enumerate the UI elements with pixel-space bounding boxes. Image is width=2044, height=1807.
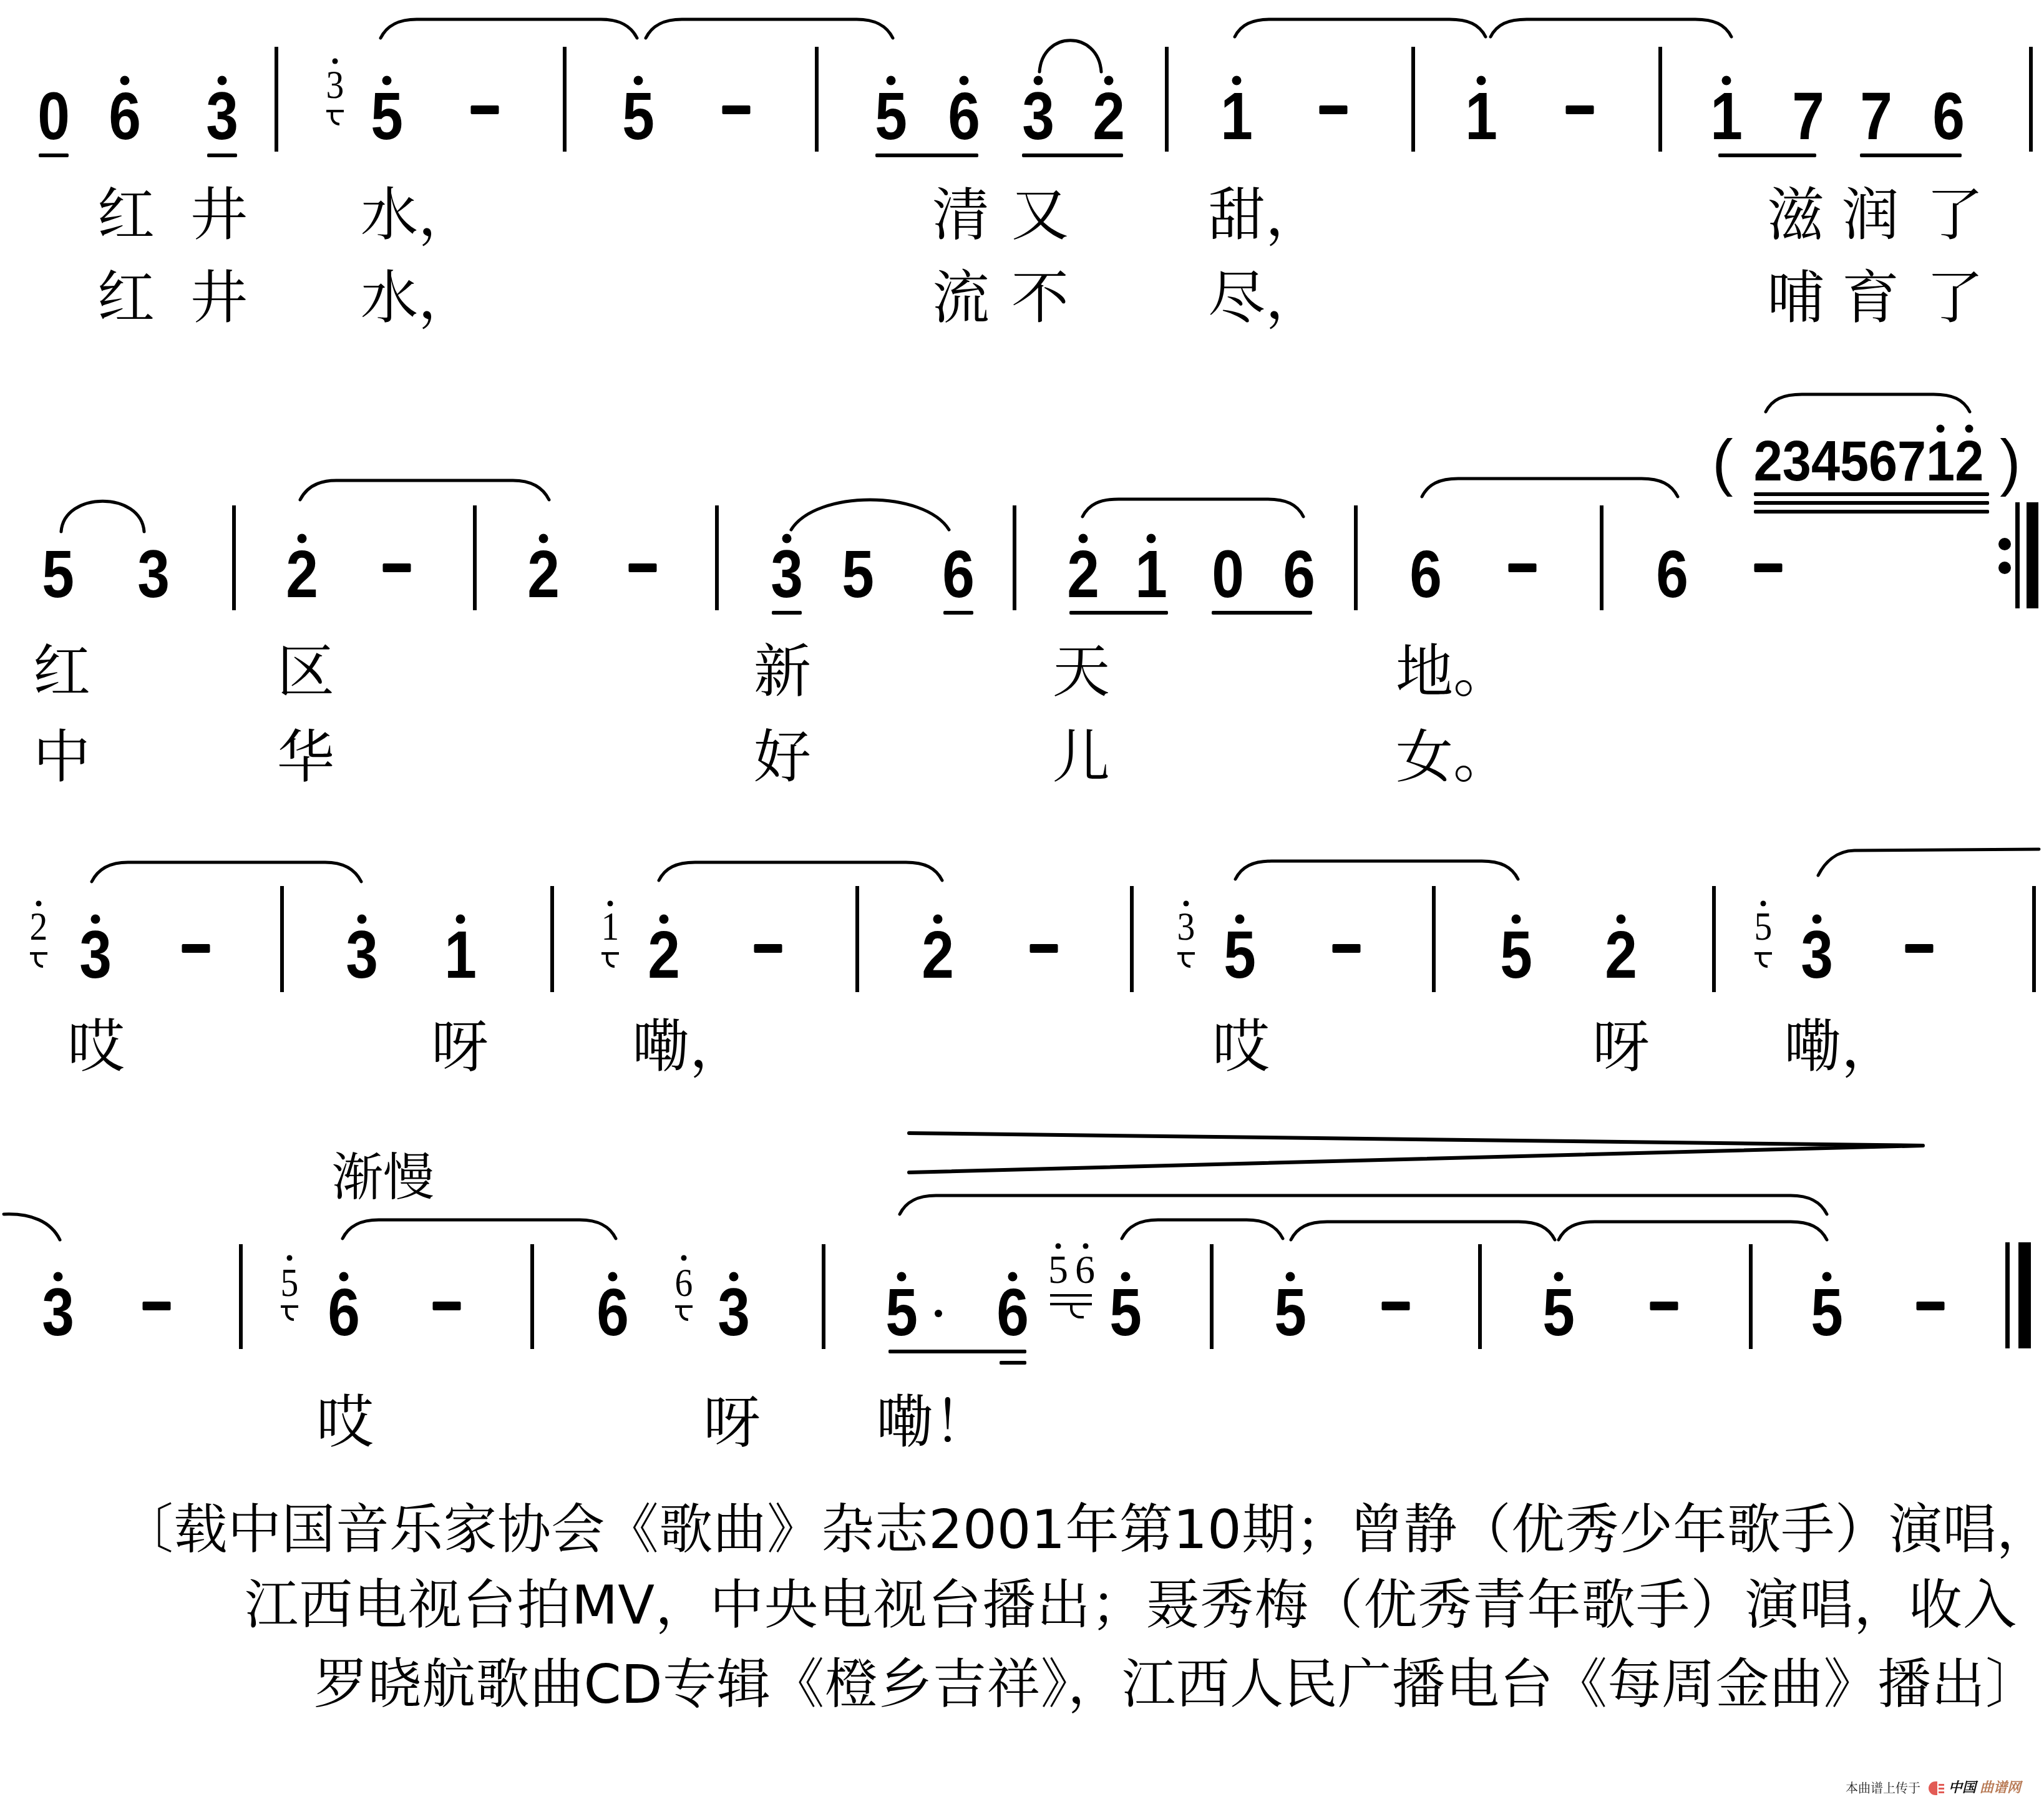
eighth-underline (207, 153, 237, 157)
high-octave-dot (1079, 534, 1088, 543)
note: 5 (42, 540, 74, 608)
lyric-syllable: 清 (932, 187, 990, 244)
slur (61, 501, 144, 532)
sustain-dash: - (383, 563, 411, 572)
lyric-syllable: 水， (361, 270, 475, 327)
barline (1411, 47, 1415, 152)
high-octave-dot (1937, 425, 1945, 433)
eighth-underline (1069, 611, 1168, 615)
thick-barline (2018, 1242, 2031, 1348)
note: 1 (1135, 540, 1167, 608)
lyric-syllable: 又 (1011, 187, 1069, 244)
note: 3 (718, 1279, 750, 1346)
thirty-second-underline (1754, 510, 1989, 514)
slur (1491, 19, 1731, 37)
high-octave-dot (729, 1272, 739, 1282)
slur (92, 862, 361, 882)
barline (855, 886, 859, 992)
high-octave-dot (1121, 1272, 1131, 1282)
sustain-dash: - (1917, 1302, 1945, 1310)
note: 5 (885, 1279, 918, 1346)
barline (530, 1244, 534, 1349)
barline (2032, 886, 2036, 992)
note: 6 (948, 82, 980, 150)
thirty-second-underline (1754, 501, 1989, 505)
grace-note: 5 (281, 1263, 299, 1303)
high-octave-dot (1034, 76, 1043, 85)
high-octave-dot (358, 915, 367, 924)
barline (275, 47, 278, 152)
sixteenth-underline (1000, 1361, 1026, 1365)
grace-note: 6 (675, 1263, 693, 1303)
high-octave-dot (539, 534, 548, 543)
note: 2 (1067, 540, 1099, 608)
eighth-underline (1212, 611, 1312, 615)
grace-octave-dot (608, 901, 613, 907)
barline (1478, 1244, 1482, 1349)
sheet-music-page: 0 6 3 3 5 - 5 - 5 6 3 2 1 - 1 (0, 0, 2044, 1807)
note: 7 (1860, 82, 1892, 150)
interlude-run: 23456712 (1754, 434, 1983, 490)
note: 1 (1465, 82, 1497, 150)
high-octave-dot (782, 534, 792, 543)
sustain-dash: - (723, 105, 751, 114)
high-octave-dot (897, 1272, 907, 1282)
lyric-syllable: 嘞， (632, 1018, 747, 1076)
sustain-dash: - (1509, 563, 1537, 572)
sustain-dash: - (433, 1302, 461, 1310)
lyric-syllable: 水， (361, 187, 475, 244)
barline (550, 886, 554, 992)
grace-hook-mark (1754, 952, 1772, 955)
phrase-slur (900, 1196, 1827, 1214)
high-octave-dot (933, 915, 943, 924)
publication-note-line: 江西电视台拍MV，中央电视台播出；聂秀梅（优秀青年歌手）演唱，收入 (245, 1579, 2017, 1632)
sustain-dash: - (143, 1302, 171, 1310)
slur (659, 862, 942, 880)
grace-note: 2 (30, 907, 48, 947)
lyric-syllable: 女。 (1396, 729, 1511, 786)
note: 1 (444, 921, 477, 988)
note: 6 (1932, 82, 1965, 150)
eighth-underline (1022, 153, 1123, 157)
note: 3 (137, 540, 170, 608)
note: 6 (1283, 540, 1315, 608)
high-octave-dot (339, 1272, 349, 1282)
lyric-syllable: 区 (277, 643, 334, 701)
high-octave-dot (659, 915, 669, 924)
lyric-syllable: 天 (1053, 643, 1110, 701)
eighth-underline (875, 153, 978, 157)
note: 3 (1022, 82, 1054, 150)
note: 6 (1409, 540, 1442, 608)
note: 5 (1542, 1279, 1575, 1346)
slur (791, 500, 949, 530)
high-octave-dot (1286, 1272, 1295, 1282)
interlude-close-paren: ) (2000, 431, 2020, 494)
lyric-syllable: 红 (33, 643, 90, 701)
grace-note: 1 (601, 907, 620, 947)
barline (1210, 1244, 1214, 1349)
note: 5 (1500, 921, 1532, 988)
augmentation-dot: · (935, 1310, 942, 1317)
note: 2 (1605, 921, 1637, 988)
lyric-syllable: 呀 (1592, 1018, 1650, 1076)
grace-hook-mark (30, 952, 47, 955)
lyric-syllable: 哎 (67, 1018, 125, 1076)
eighth-underline (943, 611, 973, 615)
high-octave-dot (218, 76, 227, 85)
slur (343, 1220, 616, 1239)
grace-octave-dot (1083, 1244, 1089, 1249)
high-octave-dot (298, 534, 307, 543)
grace-note: 3 (1177, 907, 1195, 947)
barline (280, 886, 284, 992)
grace-hook-mark (675, 1305, 693, 1308)
eighth-underline (1718, 153, 1816, 157)
sustain-dash: - (629, 563, 657, 572)
high-octave-dot (1104, 76, 1114, 85)
note: 0 (1212, 540, 1244, 608)
high-octave-dot (1554, 1272, 1564, 1282)
lyric-syllable: 甜， (1208, 187, 1323, 244)
lyric-syllable: 哺 (1767, 270, 1824, 327)
note: 2 (922, 921, 954, 988)
lyric-syllable: 尽， (1208, 270, 1323, 327)
lyric-syllable: 新 (754, 643, 811, 701)
lyric-syllable: 地。 (1396, 643, 1511, 701)
lyric-syllable: 华 (277, 729, 334, 786)
barline (1432, 886, 1436, 992)
barline (239, 1244, 243, 1349)
grace-hook-mark (326, 110, 344, 112)
watermark-brand-part2: 曲谱网 (1980, 1781, 2021, 1795)
note: 7 (1792, 82, 1824, 150)
note: 6 (942, 540, 975, 608)
thick-barline (2027, 502, 2038, 608)
interlude-open-paren: ( (1712, 431, 1733, 494)
note: 3 (79, 921, 112, 988)
grace-octave-dot (1056, 1244, 1061, 1249)
lyric-syllable: 了 (1926, 270, 1983, 327)
note: 1 (1220, 82, 1253, 150)
note: 2 (527, 540, 560, 608)
lyric-syllable: 滋 (1767, 187, 1824, 244)
note: 6 (109, 82, 141, 150)
eighth-underline (1860, 153, 1962, 157)
note: 5 (1811, 1279, 1843, 1346)
barline (1130, 886, 1134, 992)
sustain-dash: - (754, 944, 782, 953)
lyric-syllable: 中 (33, 729, 90, 786)
sustain-dash: - (1650, 1302, 1678, 1310)
tempo-marking: 渐慢 (332, 1152, 434, 1204)
note: 3 (771, 540, 803, 608)
high-octave-dot (456, 915, 465, 924)
high-octave-dot (1232, 76, 1242, 85)
thin-barline (2005, 1242, 2010, 1348)
slur (1122, 1220, 1283, 1239)
sustain-dash: - (1382, 1302, 1410, 1310)
tie-end (4, 1214, 60, 1240)
high-octave-dot (1477, 76, 1486, 85)
barline (1749, 1244, 1753, 1349)
decrescendo-hairpin (909, 1133, 1923, 1172)
slur (1083, 499, 1303, 517)
grace-note: 3 (326, 65, 344, 105)
sustain-dash: - (1030, 944, 1058, 953)
lyric-syllable: 红 (97, 270, 155, 327)
barline (822, 1244, 825, 1349)
note: 3 (1801, 921, 1833, 988)
slur (1039, 41, 1101, 72)
lyric-syllable: 哎 (1212, 1018, 1270, 1076)
lyric-syllable: 不 (1011, 270, 1069, 327)
high-octave-dot (54, 1272, 63, 1282)
barline (715, 505, 719, 610)
lyric-syllable: 育 (1842, 270, 1899, 327)
high-octave-dot (120, 76, 130, 85)
note: 3 (206, 82, 238, 150)
thin-barline (2015, 502, 2020, 608)
barline (1600, 505, 1604, 610)
eighth-underline (888, 1350, 1026, 1353)
note: 2 (1093, 82, 1125, 150)
grace-hook-mark (1177, 952, 1195, 955)
thirty-second-underline (1754, 492, 1989, 496)
note: 6 (328, 1279, 360, 1346)
lyric-syllable: 井 (190, 187, 248, 244)
high-octave-dot (1512, 915, 1521, 924)
note: 2 (648, 921, 680, 988)
barline (1712, 886, 1716, 992)
lyric-syllable: 呀 (703, 1394, 761, 1451)
note: 0 (37, 82, 70, 150)
sustain-dash: - (1905, 944, 1934, 953)
high-octave-dot (1965, 425, 1973, 433)
high-octave-dot (1147, 534, 1156, 543)
watermark-prefix: 本曲谱上传于 (1846, 1782, 1920, 1795)
tie (1559, 1222, 1827, 1240)
tie (1291, 1222, 1555, 1240)
eighth-underline (39, 153, 69, 157)
repeat-dot (1998, 562, 2011, 574)
sustain-dash: - (1566, 105, 1594, 114)
sustain-dash: - (1320, 105, 1348, 114)
note: 6 (1656, 540, 1688, 608)
lyric-syllable: 呀 (431, 1018, 489, 1076)
high-octave-dot (634, 76, 643, 85)
barline (563, 47, 567, 152)
high-octave-dot (1823, 1272, 1832, 1282)
note: 5 (1274, 1279, 1307, 1346)
slur (1422, 479, 1678, 497)
site-logo-icon (1929, 1781, 1937, 1795)
sustain-dash: - (471, 105, 499, 114)
eighth-underline (772, 611, 802, 615)
slur (300, 480, 549, 500)
slur (1235, 19, 1486, 37)
barline (1013, 505, 1016, 610)
note: 3 (42, 1279, 74, 1346)
lyric-syllable: 儿 (1053, 729, 1110, 786)
lyric-syllable: 流 (932, 270, 990, 327)
slur (381, 19, 637, 38)
grace-underline (1050, 1294, 1092, 1297)
lyric-syllable: 好 (754, 729, 811, 786)
grace-octave-dot (287, 1255, 293, 1261)
barline (1165, 47, 1169, 152)
grace-octave-dot (1761, 901, 1766, 907)
lyric-syllable: 嘞！ (876, 1394, 991, 1451)
note: 6 (596, 1279, 629, 1346)
note: 2 (286, 540, 318, 608)
slur (1235, 861, 1518, 879)
grace-note: 5 (1754, 907, 1773, 947)
barline (1354, 505, 1358, 610)
grace-note-pair: 56 (1048, 1250, 1102, 1290)
grace-hook-mark (281, 1305, 298, 1308)
grace-octave-dot (333, 59, 338, 64)
high-octave-dot (1813, 915, 1822, 924)
sustain-dash: - (1333, 944, 1361, 953)
lyric-syllable: 红 (97, 187, 155, 244)
interlude-slur (1766, 394, 1970, 412)
note: 6 (996, 1279, 1029, 1346)
note: 3 (346, 921, 378, 988)
high-octave-dot (960, 76, 969, 85)
grace-hook-mark (601, 952, 619, 955)
watermark-brand-part1: 中国 (1949, 1781, 1976, 1795)
lyric-syllable: 了 (1926, 187, 1983, 244)
note: 1 (1710, 82, 1743, 150)
high-octave-dot (1008, 1272, 1018, 1282)
grace-octave-dot (681, 1255, 687, 1261)
lyric-syllable: 嘞， (1784, 1018, 1899, 1076)
tie-start (1818, 849, 2039, 875)
grace-octave-dot (36, 901, 42, 907)
high-octave-dot (887, 76, 896, 85)
repeat-dot (1998, 538, 2011, 550)
barline (232, 505, 236, 610)
note: 5 (875, 82, 907, 150)
barline (473, 505, 477, 610)
lyric-syllable: 哎 (316, 1394, 374, 1451)
slur (646, 19, 893, 38)
sustain-dash: - (182, 944, 210, 953)
note: 5 (371, 82, 403, 150)
high-octave-dot (91, 915, 100, 924)
high-octave-dot (1722, 76, 1731, 85)
lyric-syllable: 润 (1842, 187, 1899, 244)
high-octave-dot (608, 1272, 618, 1282)
note: 5 (622, 82, 655, 150)
sustain-dash: - (1754, 563, 1783, 572)
publication-note-line: 罗晓航歌曲CD专辑《橙乡吉祥》，江西人民广播电台《每周金曲》播出〕 (314, 1658, 2039, 1712)
barline (2029, 47, 2033, 152)
high-octave-dot (382, 76, 392, 85)
barline (1658, 47, 1662, 152)
note: 5 (842, 540, 874, 608)
publication-note-line: 〔载中国音乐家协会《歌曲》杂志2001年第10期；曾静（优秀少年歌手）演唱， (120, 1503, 2044, 1557)
lyric-syllable: 井 (190, 270, 248, 327)
grace-octave-dot (1184, 901, 1189, 907)
barline (815, 47, 819, 152)
note: 5 (1109, 1279, 1142, 1346)
note: 5 (1224, 921, 1256, 988)
high-octave-dot (1617, 915, 1626, 924)
grace-hook-mark (1070, 1305, 1084, 1318)
high-octave-dot (1235, 915, 1245, 924)
